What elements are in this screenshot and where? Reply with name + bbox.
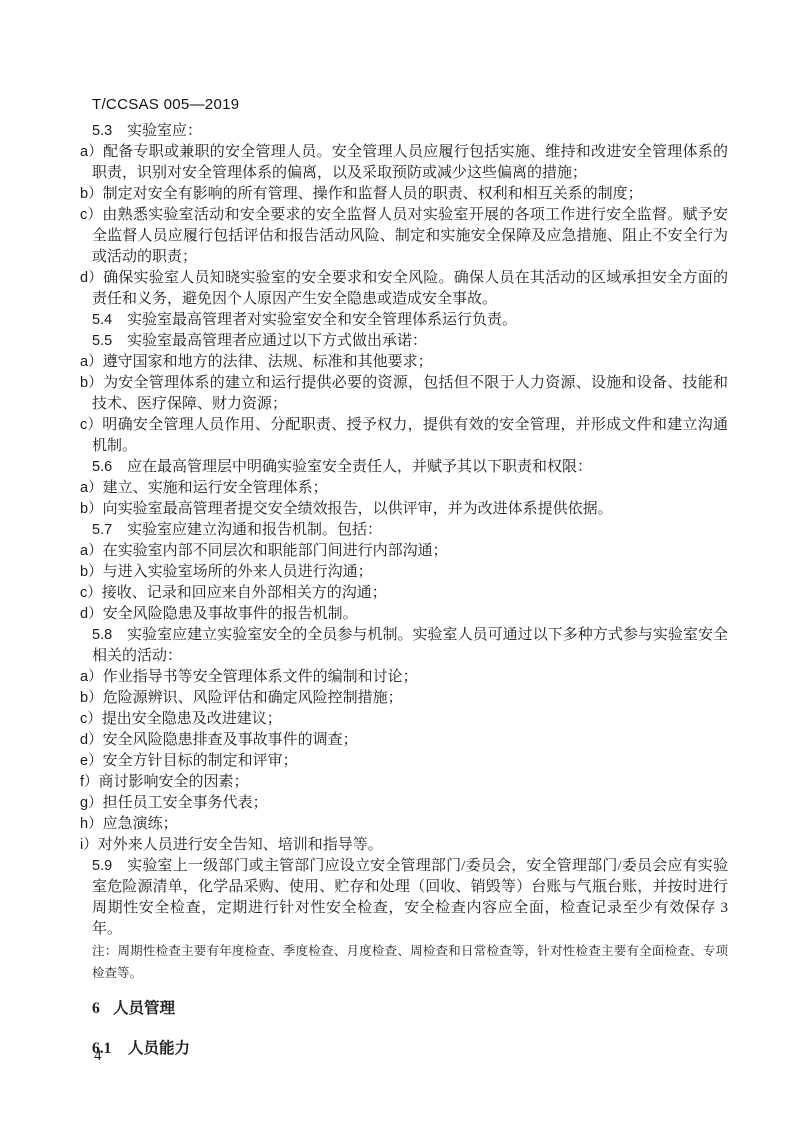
item-text: 由熟悉实验室活动和安全要求的安全监督人员对实验室开展的各项工作进行安全监督。赋予…: [92, 207, 728, 265]
clause-item-5-5-a: a）遵守国家和地方的法律、法规、标准和其他要求；: [92, 352, 728, 373]
clause-item-5-8-c: c）提出安全隐患及改进建议；: [92, 709, 728, 730]
item-label: b）: [80, 501, 103, 517]
clause-5-3: 5.3实验室应：: [92, 121, 728, 142]
item-text: 接收、记录和回应来自外部相关方的沟通；: [102, 585, 387, 601]
clause-item-5-8-f: f）商讨影响安全的因素；: [92, 772, 728, 793]
item-text: 担任员工安全事务代表；: [103, 795, 268, 811]
clause-item-5-8-a: a）作业指导书等安全管理体系文件的编制和讨论；: [92, 667, 728, 688]
item-text: 安全风险隐患排查及事故事件的调查；: [103, 732, 358, 748]
item-text: 对外来人员进行安全告知、培训和指导等。: [98, 837, 383, 853]
item-text: 安全方针目标的制定和评审；: [103, 753, 298, 769]
item-text: 作业指导书等安全管理体系文件的编制和讨论；: [103, 669, 418, 685]
item-text: 向实验室最高管理者提交安全绩效报告，以供评审，并为改进体系提供依据。: [103, 501, 613, 517]
clause-item-5-6-a: a）建立、实施和运行安全管理体系；: [92, 478, 728, 499]
item-text: 配备专职或兼职的安全管理人员。安全管理人员应履行包括实施、维持和改进安全管理体系…: [92, 144, 728, 181]
clause-item-5-5-c: c）明确安全管理人员作用、分配职责、授予权力，提供有效的安全管理，并形成文件和建…: [92, 415, 728, 457]
document-body: 5.3实验室应： a）配备专职或兼职的安全管理人员。安全管理人员应履行包括实施、…: [92, 121, 728, 1059]
item-text: 在实验室内部不同层次和职能部门间进行内部沟通；: [103, 543, 448, 559]
section-heading-6: 6人员管理: [92, 998, 728, 1019]
item-label: a）: [80, 354, 103, 370]
item-label: e）: [80, 753, 103, 769]
clause-text: 实验室应：: [127, 123, 202, 139]
clause-item-5-7-d: d）安全风险隐患及事故事件的报告机制。: [92, 604, 728, 625]
item-label: d）: [80, 606, 103, 622]
clause-item-5-8-d: d）安全风险隐患排查及事故事件的调查；: [92, 730, 728, 751]
item-label: f）: [80, 774, 99, 790]
clause-item-5-8-g: g）担任员工安全事务代表；: [92, 793, 728, 814]
clause-note: 注：周期性检查主要有年度检查、季度检查、月度检查、周检查和日常检查等，针对性检查…: [92, 940, 728, 984]
item-label: a）: [80, 669, 103, 685]
item-text: 危险源辨识、风险评估和确定风险控制措施；: [103, 690, 403, 706]
clause-text: 应在最高管理层中明确实验室安全责任人，并赋予其以下职责和权限：: [127, 459, 592, 475]
clause-item-5-3-a: a）配备专职或兼职的安全管理人员。安全管理人员应履行包括实施、维持和改进安全管理…: [92, 142, 728, 184]
clause-item-5-6-b: b）向实验室最高管理者提交安全绩效报告，以供评审，并为改进体系提供依据。: [92, 499, 728, 520]
clause-number: 5.9: [92, 856, 127, 877]
clause-number: 5.8: [92, 625, 127, 646]
clause-text: 实验室上一级部门或主管部门应设立安全管理部门/委员会，安全管理部门/委员会应有实…: [92, 858, 728, 937]
clause-item-5-7-c: c）接收、记录和回应来自外部相关方的沟通；: [92, 583, 728, 604]
clause-5-6: 5.6应在最高管理层中明确实验室安全责任人，并赋予其以下职责和权限：: [92, 457, 728, 478]
document-page: T/CCSAS 005—2019 5.3实验室应： a）配备专职或兼职的安全管理…: [0, 0, 793, 1122]
item-text: 提出安全隐患及改进建议；: [102, 711, 282, 727]
item-label: c）: [80, 711, 102, 727]
page-number: 4: [94, 1046, 102, 1067]
item-label: b）: [80, 186, 103, 202]
item-text: 为安全管理体系的建立和运行提供必要的资源，包括但不限于人力资源、设施和设备、技能…: [92, 375, 728, 412]
item-label: b）: [80, 690, 103, 706]
item-label: c）: [80, 417, 102, 433]
clause-item-5-8-i: i）对外来人员进行安全告知、培训和指导等。: [92, 835, 728, 856]
item-label: c）: [80, 207, 102, 223]
heading-6-1-title: 人员能力: [128, 1040, 190, 1057]
heading-6-number: 6: [92, 998, 113, 1019]
item-label: a）: [80, 144, 103, 160]
clause-number: 5.4: [92, 310, 127, 331]
clause-number: 5.3: [92, 121, 127, 142]
section-heading-6-1: 6.1人员能力: [92, 1038, 728, 1059]
clause-text: 实验室最高管理者应通过以下方式做出承诺：: [127, 333, 427, 349]
clause-5-7: 5.7实验室应建立沟通和报告机制。包括：: [92, 520, 728, 541]
item-text: 遵守国家和地方的法律、法规、标准和其他要求；: [103, 354, 433, 370]
item-label: a）: [80, 480, 103, 496]
clause-item-5-5-b: b）为安全管理体系的建立和运行提供必要的资源，包括但不限于人力资源、设施和设备、…: [92, 373, 728, 415]
clause-text: 实验室应建立实验室安全的全员参与机制。实验室人员可通过以下多种方式参与实验室安全…: [92, 627, 728, 664]
item-label: d）: [80, 270, 103, 286]
item-text: 建立、实施和运行安全管理体系；: [103, 480, 328, 496]
clause-item-5-8-e: e）安全方针目标的制定和评审；: [92, 751, 728, 772]
clause-item-5-8-b: b）危险源辨识、风险评估和确定风险控制措施；: [92, 688, 728, 709]
item-text: 制定对安全有影响的所有管理、操作和监督人员的职责、权利和相互关系的制度；: [103, 186, 643, 202]
clause-5-8: 5.8实验室应建立实验室安全的全员参与机制。实验室人员可通过以下多种方式参与实验…: [92, 625, 728, 667]
item-label: h）: [80, 816, 103, 832]
item-label: c）: [80, 585, 102, 601]
clause-item-5-8-h: h）应急演练；: [92, 814, 728, 835]
item-text: 与进入实验室场所的外来人员进行沟通；: [103, 564, 373, 580]
item-label: g）: [80, 795, 103, 811]
clause-item-5-7-b: b）与进入实验室场所的外来人员进行沟通；: [92, 562, 728, 583]
clause-item-5-3-c: c）由熟悉实验室活动和安全要求的安全监督人员对实验室开展的各项工作进行安全监督。…: [92, 205, 728, 268]
document-code-header: T/CCSAS 005—2019: [92, 95, 239, 115]
item-label: i）: [80, 837, 98, 853]
item-text: 应急演练；: [103, 816, 178, 832]
item-label: b）: [80, 564, 103, 580]
item-label: b）: [80, 375, 103, 391]
clause-item-5-3-d: d）确保实验室人员知晓实验室的安全要求和安全风险。确保人员在其活动的区域承担安全…: [92, 268, 728, 310]
clause-number: 5.7: [92, 520, 127, 541]
item-label: d）: [80, 732, 103, 748]
clause-item-5-7-a: a）在实验室内部不同层次和职能部门间进行内部沟通；: [92, 541, 728, 562]
item-text: 安全风险隐患及事故事件的报告机制。: [103, 606, 358, 622]
clause-number: 5.6: [92, 457, 127, 478]
clause-5-4: 5.4实验室最高管理者对实验室安全和安全管理体系运行负责。: [92, 310, 728, 331]
clause-5-9: 5.9实验室上一级部门或主管部门应设立安全管理部门/委员会，安全管理部门/委员会…: [92, 856, 728, 940]
clause-5-5: 5.5实验室最高管理者应通过以下方式做出承诺：: [92, 331, 728, 352]
clause-number: 5.5: [92, 331, 127, 352]
clause-text: 实验室应建立沟通和报告机制。包括：: [127, 522, 382, 538]
item-label: a）: [80, 543, 103, 559]
item-text: 确保实验室人员知晓实验室的安全要求和安全风险。确保人员在其活动的区域承担安全方面…: [92, 270, 728, 307]
clause-text: 实验室最高管理者对实验室安全和安全管理体系运行负责。: [127, 312, 517, 328]
heading-6-title: 人员管理: [113, 1000, 175, 1017]
item-text: 商讨影响安全的因素；: [99, 774, 249, 790]
clause-item-5-3-b: b）制定对安全有影响的所有管理、操作和监督人员的职责、权利和相互关系的制度；: [92, 184, 728, 205]
item-text: 明确安全管理人员作用、分配职责、授予权力，提供有效的安全管理，并形成文件和建立沟…: [92, 417, 728, 454]
